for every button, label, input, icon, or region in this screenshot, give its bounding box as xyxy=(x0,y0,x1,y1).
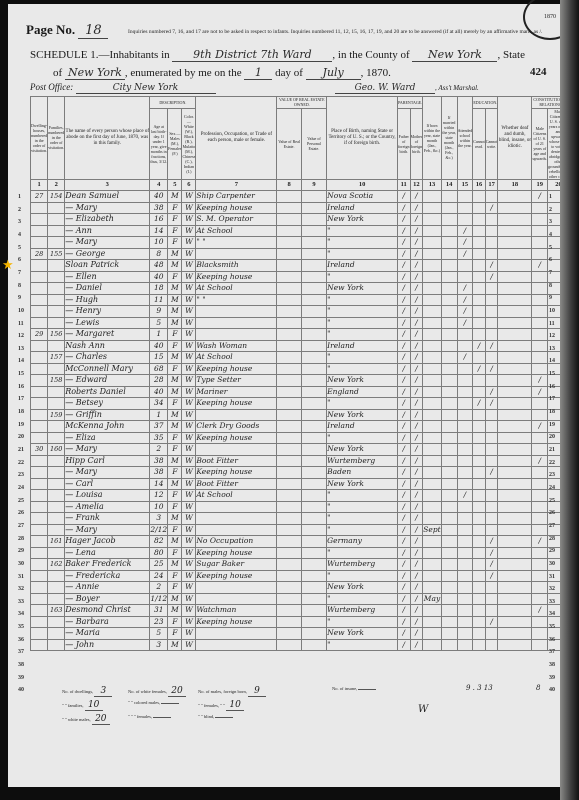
age: 14 xyxy=(150,478,168,490)
col-4-header: Age at last birth-day. If under 1 year, … xyxy=(150,108,168,179)
cannot-read xyxy=(473,202,486,214)
row-number: 16 xyxy=(18,384,24,390)
table-row: — Carl14MWBoot FitterNew York// xyxy=(31,478,570,490)
male-citizen: / xyxy=(532,375,548,387)
sex: M xyxy=(168,248,182,260)
color: W xyxy=(182,547,196,559)
mother-foreign: / xyxy=(410,501,423,513)
summary-insane: No. of insane, xyxy=(332,686,376,691)
white-males-label: " " white males, xyxy=(62,717,91,722)
disability xyxy=(498,628,532,640)
married-within-year xyxy=(441,352,457,364)
person-name: McKenna John xyxy=(65,421,150,433)
occupation: Type Setter xyxy=(196,375,277,387)
row-number: 33 xyxy=(18,599,24,605)
column-number: 15 xyxy=(457,179,473,191)
color: W xyxy=(182,444,196,456)
occupation: Mariner xyxy=(196,386,277,398)
married-within-year xyxy=(441,225,457,237)
sex: M xyxy=(168,191,182,203)
insane-value xyxy=(358,689,376,690)
male-citizen: / xyxy=(532,605,548,617)
row-number: 13 xyxy=(18,346,24,352)
col-9-header: Value of Personal Estate. xyxy=(301,108,326,179)
personal-estate-value xyxy=(301,398,326,410)
personal-estate-value xyxy=(301,340,326,352)
personal-estate-value xyxy=(301,432,326,444)
sex: M xyxy=(168,375,182,387)
father-foreign: / xyxy=(397,352,410,364)
born-within-year xyxy=(423,421,441,433)
row-number: 39 xyxy=(549,675,555,681)
row-number: 35 xyxy=(549,624,555,630)
birthplace: New York xyxy=(327,375,398,387)
district-value: 9th District 7th Ward xyxy=(172,48,332,62)
age: 8 xyxy=(150,248,168,260)
real-estate-value xyxy=(277,547,301,559)
sex: F xyxy=(168,628,182,640)
married-within-year xyxy=(441,191,457,203)
dwelling-number xyxy=(31,214,48,226)
col-11-header: Father of foreign birth. xyxy=(397,108,410,179)
real-estate-value xyxy=(277,593,301,605)
table-row: Nash Ann40FWWash WomanIreland//// xyxy=(31,340,570,352)
summary-colored-females: " " " females, xyxy=(128,714,171,719)
birthplace: " xyxy=(327,248,398,260)
sex: M xyxy=(168,593,182,605)
born-within-year xyxy=(423,202,441,214)
row-number: 14 xyxy=(18,358,24,364)
attended-school: / xyxy=(457,248,473,260)
mother-foreign: / xyxy=(410,421,423,433)
father-foreign: / xyxy=(397,329,410,341)
age: 3 xyxy=(150,639,168,651)
cannot-write xyxy=(485,513,498,525)
family-number xyxy=(48,260,65,272)
row-number: 37 xyxy=(549,649,555,655)
person-name: — Louisa xyxy=(65,490,150,502)
color: W xyxy=(182,536,196,548)
birthplace: Germany xyxy=(327,536,398,548)
education-totals: 9 . 3 13 xyxy=(466,684,493,692)
cannot-read xyxy=(473,421,486,433)
mother-foreign: / xyxy=(410,559,423,571)
married-within-year xyxy=(441,467,457,479)
person-name: Sloan Patrick xyxy=(65,260,150,272)
age: 24 xyxy=(150,570,168,582)
column-number: 2 xyxy=(48,179,65,191)
sex: M xyxy=(168,455,182,467)
birthplace: New York xyxy=(327,409,398,421)
cannot-write xyxy=(485,444,498,456)
day-value: 1 xyxy=(244,66,272,80)
disability xyxy=(498,340,532,352)
person-name: — Mary xyxy=(65,202,150,214)
birthplace: " xyxy=(327,329,398,341)
white-females-value: 20 xyxy=(168,686,186,697)
birthplace: " xyxy=(327,513,398,525)
family-number xyxy=(48,283,65,295)
dwelling-number xyxy=(31,352,48,364)
cannot-write xyxy=(485,214,498,226)
person-name: — Fredericka xyxy=(65,570,150,582)
real-estate-value xyxy=(277,248,301,260)
table-row: 159— Griffin1MWNew York// xyxy=(31,409,570,421)
real-estate-value xyxy=(277,409,301,421)
dwelling-number xyxy=(31,202,48,214)
disability xyxy=(498,513,532,525)
age: 40 xyxy=(150,340,168,352)
male-citizen: / xyxy=(532,260,548,272)
row-number: 14 xyxy=(549,358,555,364)
real-estate-value xyxy=(277,363,301,375)
cannot-write xyxy=(485,490,498,502)
table-row: — Amelia10FW"// xyxy=(31,501,570,513)
mother-foreign: / xyxy=(410,398,423,410)
cannot-read xyxy=(473,283,486,295)
family-number xyxy=(48,582,65,594)
age: 9 xyxy=(150,306,168,318)
father-foreign: / xyxy=(397,237,410,249)
row-number: 10 xyxy=(18,308,24,314)
born-within-year xyxy=(423,306,441,318)
born-within-year xyxy=(423,352,441,364)
personal-estate-value xyxy=(301,271,326,283)
age: 68 xyxy=(150,363,168,375)
col-14-header: If married within the year, state month … xyxy=(441,97,457,180)
occupation: Keeping house xyxy=(196,271,277,283)
color: W xyxy=(182,214,196,226)
cannot-read xyxy=(473,628,486,640)
person-name: — George xyxy=(65,248,150,260)
column-number: 6 xyxy=(182,179,196,191)
cannot-write xyxy=(485,306,498,318)
born-within-year xyxy=(423,582,441,594)
education-group-header: EDUCATION. xyxy=(473,97,498,109)
cannot-write xyxy=(485,352,498,364)
person-name: — Frank xyxy=(65,513,150,525)
dwelling-number xyxy=(31,593,48,605)
person-name: — Amelia xyxy=(65,501,150,513)
census-page: 1870 Page No. 18 Inquiries numbered 7, 1… xyxy=(8,4,570,787)
dwelling-number xyxy=(31,398,48,410)
table-row: — Lewis5MW"/// xyxy=(31,317,570,329)
real-estate-value xyxy=(277,444,301,456)
male-citizen xyxy=(532,225,548,237)
table-row: — Betsey34FWKeeping house"//// xyxy=(31,398,570,410)
birthplace: " xyxy=(327,317,398,329)
row-number: 40 xyxy=(549,687,555,693)
post-office-line: Post Office: City New York Geo. W. Ward,… xyxy=(30,82,479,94)
dwelling-number xyxy=(31,432,48,444)
personal-estate-value xyxy=(301,375,326,387)
attended-school xyxy=(457,628,473,640)
row-number: 1 xyxy=(18,194,21,200)
occupation xyxy=(196,501,277,513)
dwellings-value: 3 xyxy=(94,686,112,697)
father-foreign: / xyxy=(397,559,410,571)
mother-foreign: / xyxy=(410,513,423,525)
married-within-year xyxy=(441,536,457,548)
personal-estate-value xyxy=(301,409,326,421)
table-row: Hipp Carl38MWBoot FitterWurtemberg/// xyxy=(31,455,570,467)
dwelling-number xyxy=(31,570,48,582)
age: 40 xyxy=(150,191,168,203)
real-estate-value xyxy=(277,294,301,306)
mother-foreign: / xyxy=(410,306,423,318)
occupation: Keeping house xyxy=(196,467,277,479)
dwelling-number xyxy=(31,260,48,272)
real-estate-value xyxy=(277,191,301,203)
personal-estate-value xyxy=(301,593,326,605)
personal-estate-value xyxy=(301,248,326,260)
cannot-read xyxy=(473,501,486,513)
personal-estate-value xyxy=(301,202,326,214)
age: 1 xyxy=(150,329,168,341)
schedule-line: SCHEDULE 1.—Inhabitants in 9th District … xyxy=(30,48,525,62)
row-number: 20 xyxy=(18,434,24,440)
family-number xyxy=(48,547,65,559)
male-citizen xyxy=(532,490,548,502)
personal-estate-value xyxy=(301,513,326,525)
dwelling-number xyxy=(31,536,48,548)
table-row: 27154Dean Samuel40MWShip CarpenterNova S… xyxy=(31,191,570,203)
mother-foreign: / xyxy=(410,363,423,375)
column-number: 19 xyxy=(532,179,548,191)
cannot-write xyxy=(485,248,498,260)
father-foreign: / xyxy=(397,340,410,352)
personal-estate-value xyxy=(301,294,326,306)
age: 38 xyxy=(150,202,168,214)
dwelling-number xyxy=(31,490,48,502)
person-name: — Lewis xyxy=(65,317,150,329)
cannot-read: / xyxy=(473,340,486,352)
male-citizen xyxy=(532,547,548,559)
real-estate-value xyxy=(277,513,301,525)
age: 5 xyxy=(150,317,168,329)
real-estate-value xyxy=(277,478,301,490)
father-foreign: / xyxy=(397,513,410,525)
family-number xyxy=(48,317,65,329)
dwelling-number xyxy=(31,421,48,433)
disability xyxy=(498,352,532,364)
birthplace: " xyxy=(327,490,398,502)
color: W xyxy=(182,478,196,490)
row-number: 17 xyxy=(18,396,24,402)
age: 31 xyxy=(150,605,168,617)
mother-foreign: / xyxy=(410,467,423,479)
row-number: 38 xyxy=(18,662,24,668)
birthplace: Wurtemberg xyxy=(327,559,398,571)
occupation xyxy=(196,639,277,651)
occupation: Sugar Baker xyxy=(196,559,277,571)
foreign-males-label: No. of males, foreign born, xyxy=(198,689,247,694)
mother-foreign: / xyxy=(410,329,423,341)
row-number: 23 xyxy=(18,472,24,478)
row-number: 17 xyxy=(549,396,555,402)
attended-school xyxy=(457,386,473,398)
married-within-year xyxy=(441,478,457,490)
post-office-label: Post Office: xyxy=(30,82,73,92)
real-estate-value xyxy=(277,421,301,433)
sex: F xyxy=(168,616,182,628)
birthplace: " xyxy=(327,225,398,237)
born-within-year xyxy=(423,501,441,513)
person-name: — Eliza xyxy=(65,432,150,444)
person-name: Hager Jacob xyxy=(65,536,150,548)
disability xyxy=(498,467,532,479)
father-foreign: / xyxy=(397,444,410,456)
age: 1/12 xyxy=(150,593,168,605)
male-citizen xyxy=(532,570,548,582)
cannot-write: / xyxy=(485,363,498,375)
attended-school xyxy=(457,409,473,421)
male-citizen: / xyxy=(532,191,548,203)
married-within-year xyxy=(441,294,457,306)
attended-school xyxy=(457,329,473,341)
occupation: Keeping house xyxy=(196,363,277,375)
age: 23 xyxy=(150,616,168,628)
age: 11 xyxy=(150,294,168,306)
table-row: — Hugh11MW" ""/// xyxy=(31,294,570,306)
father-foreign: / xyxy=(397,478,410,490)
cannot-write: / xyxy=(485,536,498,548)
attended-school: / xyxy=(457,283,473,295)
person-name: — Ann xyxy=(65,225,150,237)
table-row: 28155— George8MW"/// xyxy=(31,248,570,260)
post-office-value: City New York xyxy=(76,83,216,94)
disability xyxy=(498,524,532,536)
birthplace: " xyxy=(327,616,398,628)
row-number: 7 xyxy=(18,270,21,276)
family-number xyxy=(48,363,65,375)
description-group-header: DESCRIPTION. xyxy=(150,97,196,109)
row-number: 38 xyxy=(549,662,555,668)
born-within-year xyxy=(423,191,441,203)
day-of-label: day of xyxy=(275,67,303,79)
color: W xyxy=(182,375,196,387)
row-number: 21 xyxy=(18,447,24,453)
father-foreign: / xyxy=(397,628,410,640)
person-name: — Edward xyxy=(65,375,150,387)
mother-foreign: / xyxy=(410,444,423,456)
person-name: Hipp Carl xyxy=(65,455,150,467)
attended-school xyxy=(457,398,473,410)
row-number: 4 xyxy=(18,232,21,238)
personal-estate-value xyxy=(301,306,326,318)
table-row: — Ann14FWAt School"/// xyxy=(31,225,570,237)
married-within-year xyxy=(441,398,457,410)
cannot-read: / xyxy=(473,398,486,410)
dwelling-number xyxy=(31,478,48,490)
col-18-header: Whether deaf and dumb, blind, insane, or… xyxy=(498,97,532,180)
married-within-year xyxy=(441,455,457,467)
married-within-year xyxy=(441,363,457,375)
row-number: 11 xyxy=(18,321,24,327)
state-value: New York xyxy=(65,66,125,80)
sex: M xyxy=(168,409,182,421)
male-citizen xyxy=(532,478,548,490)
family-number xyxy=(48,570,65,582)
color: W xyxy=(182,237,196,249)
disability xyxy=(498,398,532,410)
disability xyxy=(498,294,532,306)
column-number: 9 xyxy=(301,179,326,191)
color: W xyxy=(182,559,196,571)
page-number-label: Page No. 18 xyxy=(26,22,108,39)
attended-school xyxy=(457,524,473,536)
real-estate-value xyxy=(277,490,301,502)
family-number xyxy=(48,593,65,605)
disability xyxy=(498,237,532,249)
month-value: July xyxy=(306,66,361,80)
table-row: — Ellen40FWKeeping house"/// xyxy=(31,271,570,283)
disability xyxy=(498,582,532,594)
disability xyxy=(498,225,532,237)
color: W xyxy=(182,306,196,318)
row-number: 6 xyxy=(549,257,552,263)
cannot-write xyxy=(485,432,498,444)
dwelling-number: 29 xyxy=(31,329,48,341)
father-foreign: / xyxy=(397,363,410,375)
disability xyxy=(498,570,532,582)
dwelling-number xyxy=(31,639,48,651)
row-number: 5 xyxy=(549,245,552,251)
real-estate-value xyxy=(277,271,301,283)
married-within-year xyxy=(441,444,457,456)
occupation xyxy=(196,628,277,640)
inquiries-note: Inquiries numbered 7, 16, and 17 are not… xyxy=(128,29,558,36)
page-number: 18 xyxy=(78,23,108,39)
born-within-year xyxy=(423,294,441,306)
row-number: 21 xyxy=(549,447,555,453)
male-citizen xyxy=(532,306,548,318)
row-number: 18 xyxy=(18,409,24,415)
father-foreign: / xyxy=(397,214,410,226)
group-header-row: Dwelling-houses, numbered in the order o… xyxy=(31,97,570,109)
cannot-read xyxy=(473,559,486,571)
real-estate-value xyxy=(277,386,301,398)
occupation: At School xyxy=(196,225,277,237)
occupation: Clerk Dry Goods xyxy=(196,421,277,433)
mother-foreign: / xyxy=(410,524,423,536)
person-name: — Charles xyxy=(65,352,150,364)
cannot-read xyxy=(473,490,486,502)
table-row: — Mary2/12FW"//Sept xyxy=(31,524,570,536)
table-row: — Fredericka24FWKeeping house"/// xyxy=(31,570,570,582)
color: W xyxy=(182,455,196,467)
row-number: 7 xyxy=(549,270,552,276)
mother-foreign: / xyxy=(410,340,423,352)
mother-foreign: / xyxy=(410,536,423,548)
color: W xyxy=(182,363,196,375)
male-citizen: / xyxy=(532,536,548,548)
family-number: 163 xyxy=(48,605,65,617)
col-2-header: Families, numbered in the order of visit… xyxy=(48,97,65,180)
father-foreign: / xyxy=(397,260,410,272)
dwelling-number xyxy=(31,294,48,306)
born-within-year xyxy=(423,317,441,329)
occupation: " " xyxy=(196,237,277,249)
row-number: 27 xyxy=(549,523,555,529)
schedule-prefix: SCHEDULE 1.—Inhabitants in xyxy=(30,49,170,61)
born-within-year xyxy=(423,271,441,283)
sex: F xyxy=(168,432,182,444)
married-within-year xyxy=(441,490,457,502)
sex: F xyxy=(168,490,182,502)
father-foreign: / xyxy=(397,536,410,548)
male-citizen xyxy=(532,616,548,628)
